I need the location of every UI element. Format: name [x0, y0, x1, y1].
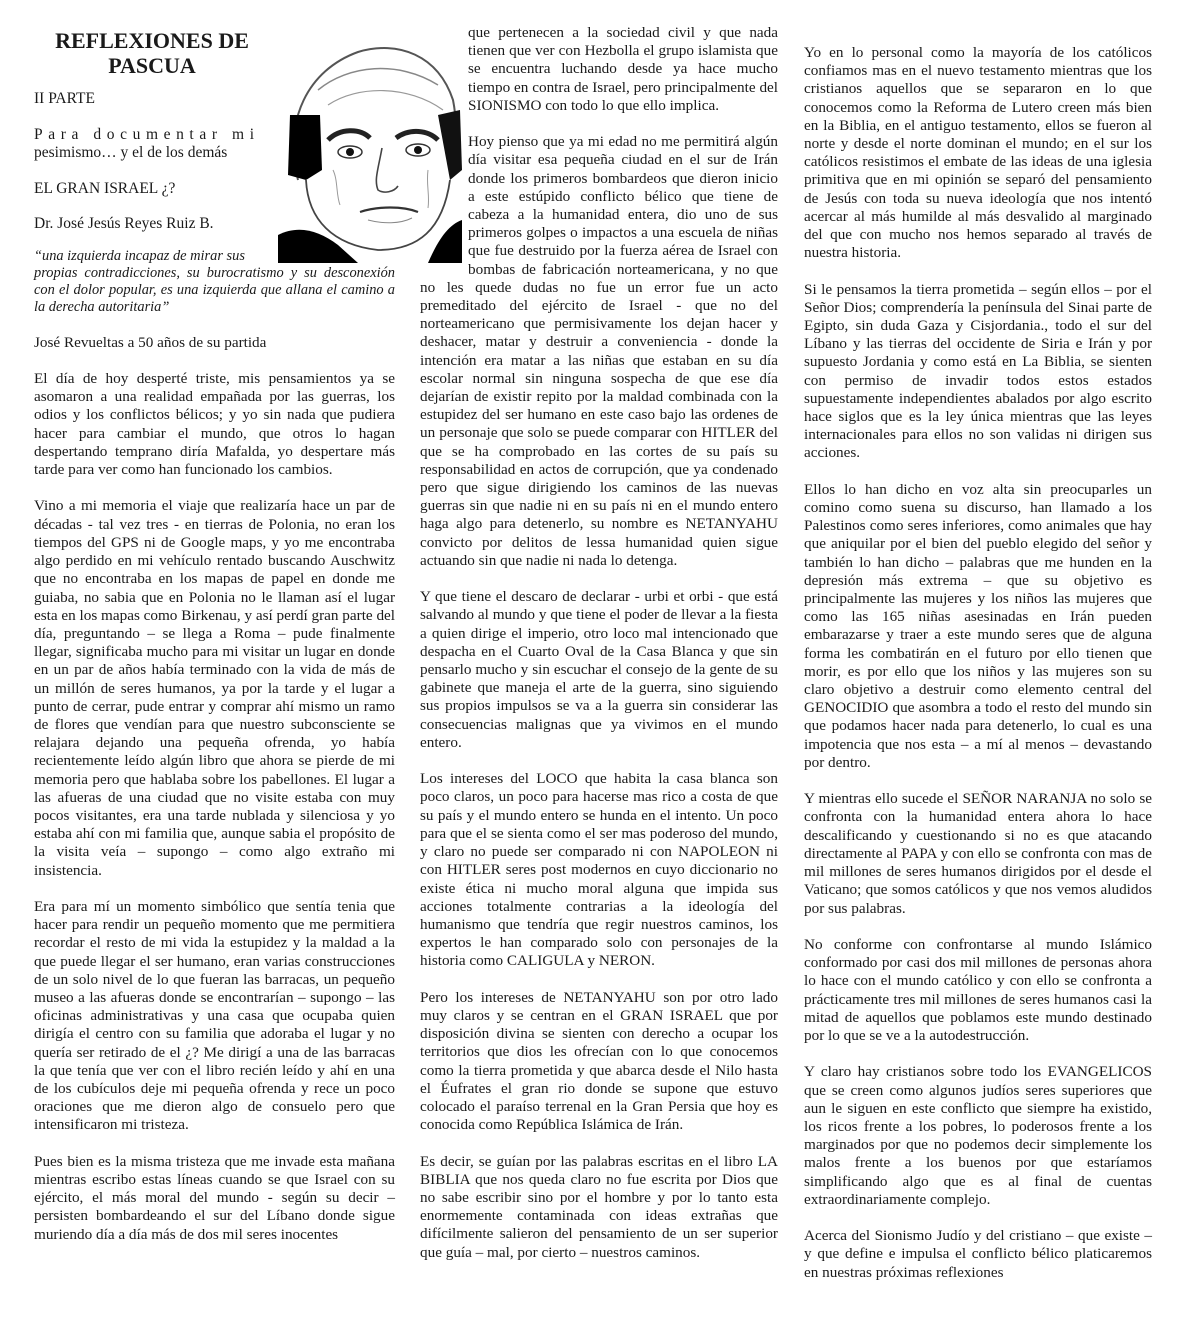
article-title: REFLEXIONES DE PASCUA	[34, 28, 270, 78]
epigraph-quote: “una izquierda incapaz de mirar sus prop…	[34, 248, 395, 316]
column-left: REFLEXIONES DE PASCUA II PARTE Para docu…	[34, 24, 395, 1262]
article-header: REFLEXIONES DE PASCUA II PARTE Para docu…	[34, 28, 270, 234]
epigraph-rest: propias contradicciones, su burocratismo…	[34, 265, 395, 315]
article-topic: EL GRAN ISRAEL ¿?	[34, 180, 270, 199]
paragraph: Y claro hay cristianos sobre todo los EV…	[804, 1063, 1152, 1209]
column-middle: que pertenecen a la sociedad civil y que…	[420, 24, 778, 1280]
article-part: II PARTE	[34, 90, 270, 109]
paragraph: No conforme con confrontarse al mundo Is…	[804, 936, 1152, 1045]
paragraph: Los intereses del LOCO que habita la cas…	[420, 770, 778, 970]
paragraph: El día de hoy desperté triste, mis pensa…	[34, 370, 395, 479]
epigraph-attribution: José Revueltas a 50 años de su partida	[34, 334, 395, 352]
paragraph: Ellos lo han dicho en voz alta sin preoc…	[804, 481, 1152, 772]
portrait-wrap-space	[420, 24, 468, 268]
paragraph: Si le pensamos la tierra prometida – seg…	[804, 281, 1152, 463]
subtitle-line-1: Para documentar mi	[34, 126, 270, 145]
closing-paragraph: Acerca del Sionismo Judío y del cristian…	[804, 1227, 1152, 1282]
paragraph: que pertenecen a la sociedad civil y que…	[420, 24, 778, 115]
paragraph: Y mientras ello sucede el SEÑOR NARANJA …	[804, 790, 1152, 917]
paragraph: Vino a mi memoria el viaje que realizarí…	[34, 497, 395, 879]
paragraph: Yo en lo personal como la mayoría de los…	[804, 44, 1152, 262]
paragraph: Y que tiene el descaro de declarar - urb…	[420, 588, 778, 752]
subtitle-line-2: pesimismo… y el de los demás	[34, 144, 270, 163]
article-subtitle: Para documentar mi pesimismo… y el de lo…	[34, 126, 270, 163]
paragraph: Pero los intereses de NETANYAHU son por …	[420, 989, 778, 1135]
paragraph: Pues bien es la misma tristeza que me in…	[34, 1153, 395, 1244]
epigraph-line-1: “una izquierda incapaz de mirar sus	[34, 248, 395, 265]
paragraph: Hoy pienso que ya mi edad no me permitir…	[420, 133, 778, 570]
paragraph: Era para mí un momento simbólico que sen…	[34, 898, 395, 1135]
column-right: Yo en lo personal como la mayoría de los…	[804, 44, 1152, 1300]
article-author: Dr. José Jesús Reyes Ruiz B.	[34, 215, 270, 234]
paragraph: Es decir, se guían por las palabras escr…	[420, 1153, 778, 1262]
